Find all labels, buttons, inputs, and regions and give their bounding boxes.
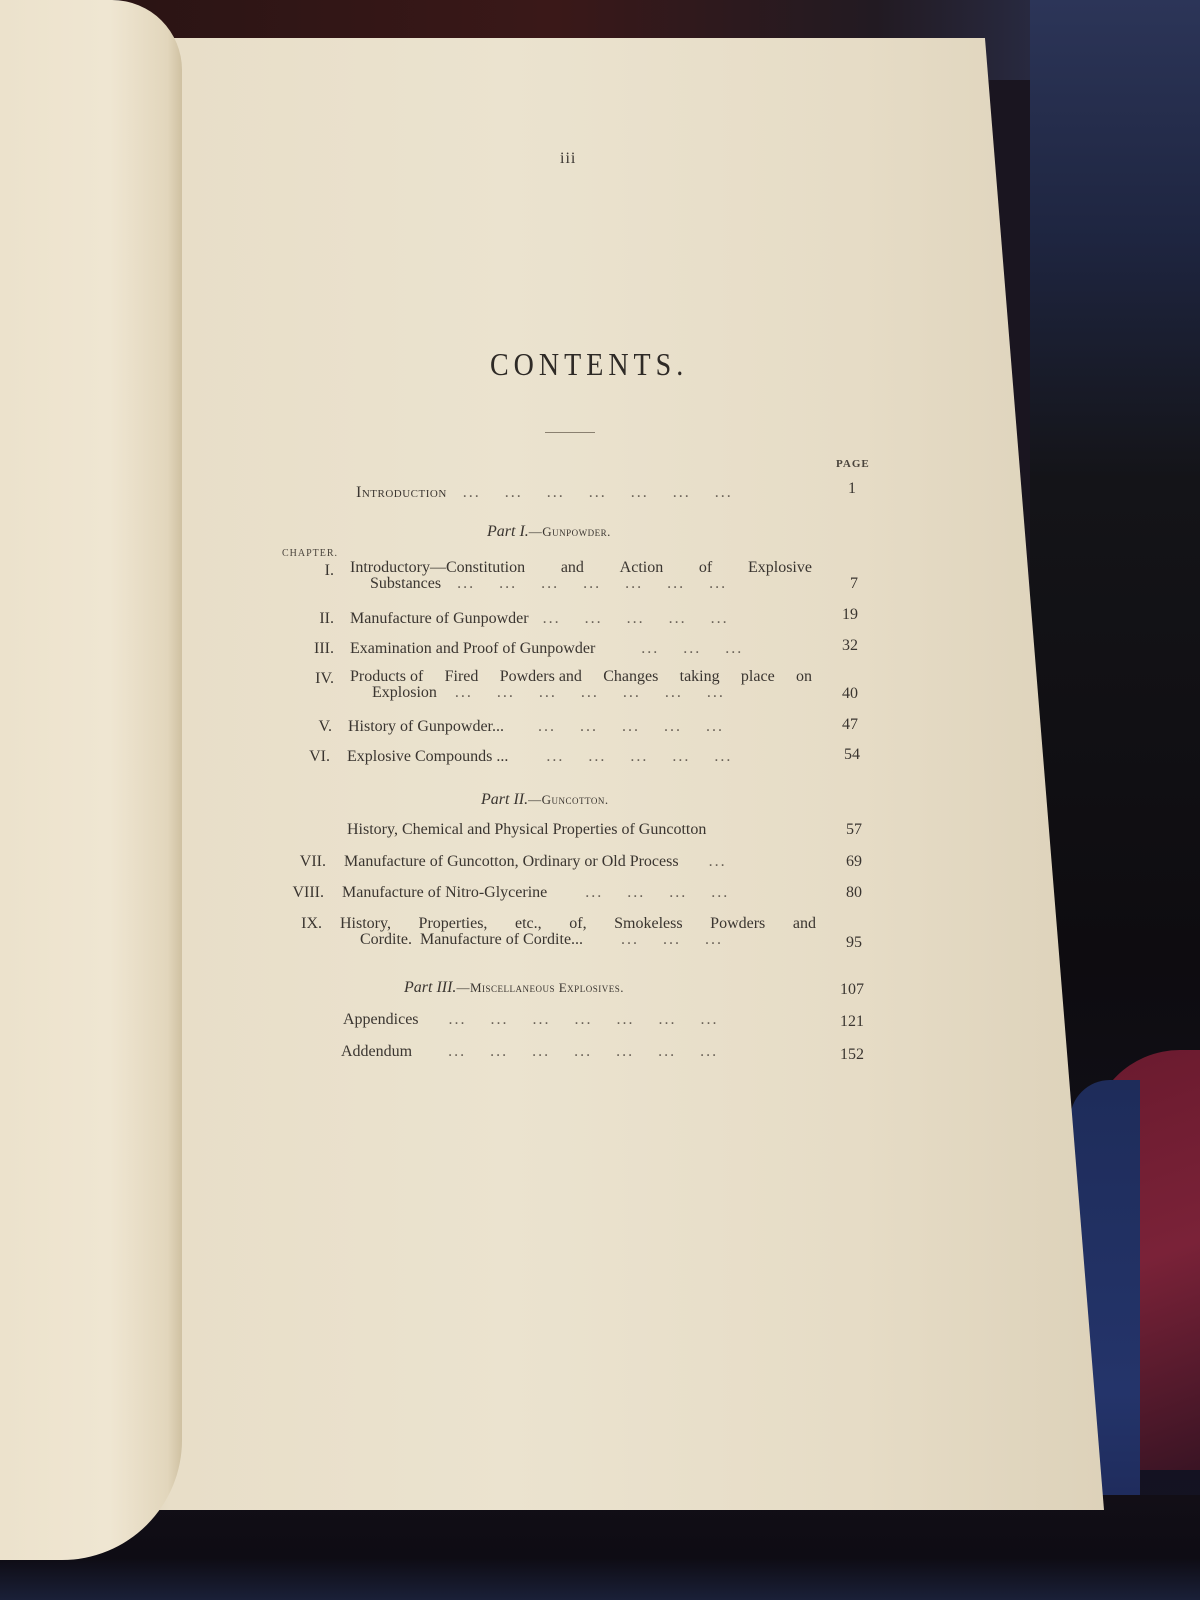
leader-dots: ... ... ... bbox=[621, 931, 723, 948]
chapter-number: VIII. bbox=[284, 884, 324, 902]
entry-title: Appendices bbox=[343, 1011, 419, 1028]
page-ref: 54 bbox=[820, 746, 860, 764]
word: place bbox=[741, 668, 775, 686]
page-ref: 1 bbox=[816, 480, 856, 498]
word: Explosive bbox=[748, 559, 812, 577]
leader-dots: ... ... ... ... ... bbox=[538, 718, 724, 735]
part-heading-1: Part I.—Gunpowder. bbox=[487, 523, 611, 541]
entry-title-cont: Explosion bbox=[372, 684, 437, 701]
toc-entry-chapter-4[interactable]: Products of Fired Powders and Changes ta… bbox=[350, 668, 812, 702]
entry-line-2: Cordite. Manufacture of Cordite... ... .… bbox=[340, 931, 816, 949]
part-heading-2: Part II.—Guncotton. bbox=[481, 791, 609, 809]
chapter-number: IX. bbox=[282, 915, 322, 933]
leader-dots: ... ... ... ... ... bbox=[543, 610, 729, 627]
entry-line-2: Explosion ... ... ... ... ... ... ... bbox=[350, 684, 812, 702]
toc-entry-chapter-9[interactable]: History, Properties, etc., of, Smokeless… bbox=[340, 915, 816, 949]
page-ref: 95 bbox=[822, 934, 862, 952]
page-ref: 57 bbox=[822, 821, 862, 839]
chapter-number: VII. bbox=[286, 853, 326, 871]
toc-entry-chapter-5[interactable]: History of Gunpowder... ... ... ... ... … bbox=[348, 718, 724, 736]
entry-title: Manufacture of Nitro-Glycerine bbox=[342, 884, 547, 901]
page-ref: 152 bbox=[824, 1046, 864, 1064]
leader-dots: ... ... ... ... ... ... ... bbox=[457, 575, 727, 592]
entry-title: Addendum bbox=[341, 1043, 412, 1060]
part-heading-3[interactable]: Part III.—Miscellaneous Explosives. bbox=[404, 979, 624, 997]
leader-dots: ... ... ... ... ... ... ... bbox=[463, 484, 733, 501]
toc-entry-guncotton-history[interactable]: History, Chemical and Physical Propertie… bbox=[347, 821, 706, 839]
entry-title-cont: Cordite. Manufacture of Cordite... bbox=[360, 931, 583, 948]
part-title: —Gunpowder. bbox=[529, 524, 611, 539]
part-prefix: Part I. bbox=[487, 523, 529, 540]
chapter-number: VI. bbox=[290, 748, 330, 766]
entry-title: Examination and Proof of Gunpowder bbox=[350, 640, 595, 657]
toc-entry-chapter-1[interactable]: Introductory—Constitution and Action of … bbox=[350, 559, 812, 593]
page-ref: 69 bbox=[822, 853, 862, 871]
page-ref: 7 bbox=[818, 575, 858, 593]
toc-entry-appendices[interactable]: Appendices ... ... ... ... ... ... ... bbox=[343, 1011, 719, 1029]
toc-entry-chapter-8[interactable]: Manufacture of Nitro-Glycerine ... ... .… bbox=[342, 884, 729, 902]
entry-title-cont: Substances bbox=[370, 575, 441, 592]
leader-dots: ... ... ... ... ... ... ... bbox=[448, 1043, 718, 1060]
chapter-number: I. bbox=[294, 562, 334, 580]
part-title: —Miscellaneous Explosives. bbox=[456, 980, 624, 995]
page-ref: 40 bbox=[818, 685, 858, 703]
leader-dots: ... bbox=[709, 853, 727, 870]
entry-title: Manufacture of Guncotton, Ordinary or Ol… bbox=[344, 853, 679, 870]
chapter-number: III. bbox=[294, 640, 334, 658]
entry-title: History of Gunpowder... bbox=[348, 718, 504, 735]
part-prefix: Part III. bbox=[404, 979, 456, 996]
page-ref: 19 bbox=[818, 606, 858, 624]
page-ref: 80 bbox=[822, 884, 862, 902]
page-ref: 121 bbox=[824, 1013, 864, 1031]
leader-dots: ... ... ... bbox=[641, 640, 743, 657]
page-number: iii bbox=[560, 150, 576, 168]
toc-entry-chapter-6[interactable]: Explosive Compounds ... ... ... ... ... … bbox=[347, 748, 732, 766]
chapter-number: II. bbox=[294, 610, 334, 628]
leader-dots: ... ... ... ... ... bbox=[546, 748, 732, 765]
entry-title: Introduction bbox=[356, 484, 447, 501]
entry-title: History, Chemical and Physical Propertie… bbox=[347, 821, 706, 838]
page-title: CONTENTS. bbox=[490, 348, 688, 385]
leader-dots: ... ... ... ... ... ... ... bbox=[449, 1011, 719, 1028]
page-ref: 107 bbox=[824, 981, 864, 999]
toc-entry-addendum[interactable]: Addendum ... ... ... ... ... ... ... bbox=[341, 1043, 718, 1061]
leader-dots: ... ... ... ... bbox=[585, 884, 729, 901]
word: and bbox=[793, 915, 816, 933]
page-column-label: PAGE bbox=[836, 458, 870, 470]
leader-dots: ... ... ... ... ... ... ... bbox=[455, 684, 725, 701]
chapter-number: IV. bbox=[294, 670, 334, 688]
toc-entry-introduction[interactable]: Introduction ... ... ... ... ... ... ... bbox=[356, 484, 733, 502]
chapter-number: V. bbox=[292, 718, 332, 736]
toc-entry-chapter-7[interactable]: Manufacture of Guncotton, Ordinary or Ol… bbox=[344, 853, 727, 871]
chapter-column-label: CHAPTER. bbox=[282, 548, 338, 559]
part-prefix: Part II. bbox=[481, 791, 528, 808]
page-ref: 47 bbox=[818, 716, 858, 734]
toc-entry-chapter-2[interactable]: Manufacture of Gunpowder ... ... ... ...… bbox=[350, 610, 729, 628]
title-rule bbox=[545, 432, 595, 433]
contents-page: iii CONTENTS. PAGE Introduction ... ... … bbox=[0, 0, 1200, 1600]
toc-entry-chapter-3[interactable]: Examination and Proof of Gunpowder ... .… bbox=[350, 640, 743, 658]
entry-title: Explosive Compounds ... bbox=[347, 748, 508, 765]
part-title: —Guncotton. bbox=[528, 792, 608, 807]
word: on bbox=[796, 668, 812, 686]
page-ref: 32 bbox=[818, 637, 858, 655]
entry-title: Manufacture of Gunpowder bbox=[350, 610, 529, 627]
entry-line-2: Substances ... ... ... ... ... ... ... bbox=[350, 575, 812, 593]
